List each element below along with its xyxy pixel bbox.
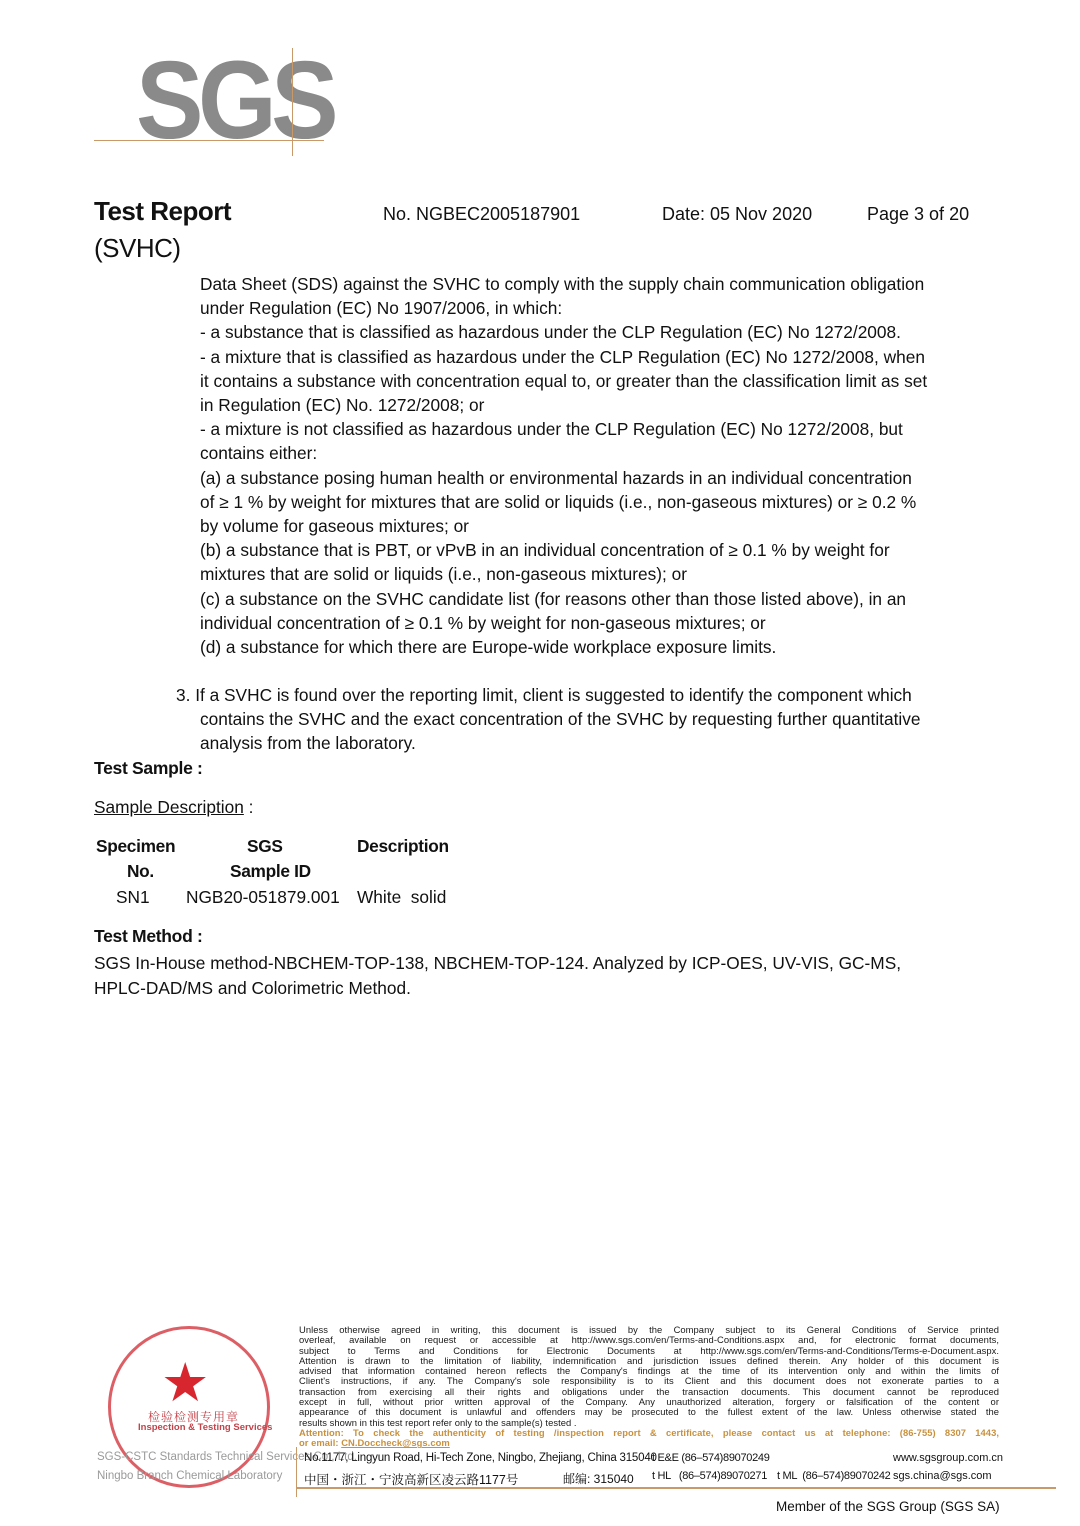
phone-ee: t E&E (86–574)89070249	[652, 1452, 770, 1464]
logo-vertical-rule	[292, 48, 293, 156]
body-line: (b) a substance that is PBT, or vPvB in …	[200, 538, 970, 562]
body-line: by volume for gaseous mixtures; or	[200, 514, 970, 538]
col-header-specimen-line2: No.	[127, 861, 154, 882]
sds-obligation-text: Data Sheet (SDS) against the SVHC to com…	[200, 272, 970, 659]
body-line: of ≥ 1 % by weight for mixtures that are…	[200, 490, 970, 514]
report-number: No. NGBEC2005187901	[383, 204, 580, 225]
body-line: contains either:	[200, 441, 970, 465]
address-english: No.1177, Lingyun Road, Hi-Tech Zone, Nin…	[304, 1452, 657, 1464]
body-line: in Regulation (EC) No. 1272/2008; or	[200, 393, 970, 417]
body-line: mixtures that are solid or liquids (i.e.…	[200, 562, 970, 586]
body-line: under Regulation (EC) No 1907/2006, in w…	[200, 296, 970, 320]
page-indicator: Page 3 of 20	[867, 204, 969, 225]
report-title: Test Report	[94, 196, 231, 227]
col-header-description: Description	[357, 836, 449, 857]
body-line: it contains a substance with concentrati…	[200, 369, 970, 393]
report-date: Date: 05 Nov 2020	[662, 204, 812, 225]
sample-description-text: Sample Description	[94, 797, 244, 817]
member-statement: Member of the SGS Group (SGS SA)	[776, 1499, 1000, 1514]
address-chinese: 中国・浙江・宁波高新区凌云路1177号	[304, 1470, 518, 1488]
body-line: (d) a substance for which there are Euro…	[200, 635, 970, 659]
method-line: SGS In-House method-NBCHEM-TOP-138, NBCH…	[94, 951, 974, 976]
test-sample-heading: Test Sample :	[94, 758, 203, 779]
note-line: analysis from the laboratory.	[176, 731, 976, 755]
cell-specimen-no: SN1	[116, 887, 150, 908]
cell-sample-id: NGB20-051879.001	[186, 887, 340, 908]
body-line: individual concentration of ≥ 0.1 % by w…	[200, 611, 970, 635]
phone-hl: t HL (86–574)89070271	[652, 1470, 767, 1482]
footer-vertical-rule	[296, 1447, 297, 1497]
body-line: (a) a substance posing human health or e…	[200, 466, 970, 490]
note-line: contains the SVHC and the exact concentr…	[176, 707, 976, 731]
legal-disclaimer: Unless otherwise agreed in writing, this…	[299, 1325, 999, 1449]
body-line: (c) a substance on the SVHC candidate li…	[200, 587, 970, 611]
email-prefix: or email:	[299, 1437, 341, 1448]
body-line: - a mixture that is classified as hazard…	[200, 345, 970, 369]
postcode-chinese: 邮编: 315040	[563, 1470, 634, 1487]
method-line: HPLC-DAD/MS and Colorimetric Method.	[94, 976, 974, 1001]
contact-email-link[interactable]: sgs.china@sgs.com	[893, 1470, 992, 1482]
logo-horizontal-rule	[94, 140, 324, 141]
report-subtitle: (SVHC)	[94, 233, 181, 264]
body-line: - a substance that is classified as haza…	[200, 320, 970, 344]
test-method-text: SGS In-House method-NBCHEM-TOP-138, NBCH…	[94, 951, 974, 1000]
website-link[interactable]: www.sgsgroup.com.cn	[893, 1452, 1003, 1464]
lab-branch: Ningbo Branch Chemical Laboratory	[97, 1470, 282, 1482]
sample-description-label: Sample Description :	[94, 797, 253, 818]
seal-star-icon: ★	[161, 1356, 209, 1410]
doccheck-email-link[interactable]: CN.Doccheck@sgs.com	[341, 1437, 450, 1448]
note-line: 3. If a SVHC is found over the reporting…	[176, 683, 976, 707]
body-line: - a mixture is not classified as hazardo…	[200, 417, 970, 441]
col-header-sample-id: Sample ID	[230, 861, 311, 882]
test-method-heading: Test Method :	[94, 926, 203, 947]
note-3: 3. If a SVHC is found over the reporting…	[176, 683, 976, 756]
sample-description-colon: :	[244, 797, 254, 817]
seal-en-text: Inspection & Testing Services	[138, 1422, 272, 1433]
cell-description: White solid	[357, 887, 446, 908]
body-line: Data Sheet (SDS) against the SVHC to com…	[200, 272, 970, 296]
col-header-sgs: SGS	[247, 836, 283, 857]
authenticity-email-line: or email: CN.Doccheck@sgs.com	[299, 1438, 999, 1448]
col-header-specimen: Specimen	[96, 836, 175, 857]
phone-ml: t ML (86–574)89070242	[777, 1470, 890, 1482]
